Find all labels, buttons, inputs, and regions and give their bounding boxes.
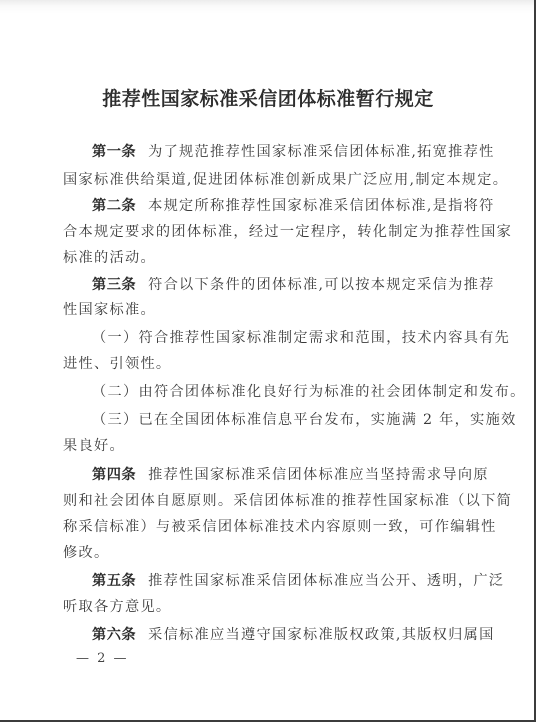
article-3-line-1: 第三条符合以下条件的团体标准,可以按本规定采信为推荐	[63, 275, 502, 295]
item-3-line-2: 果良好。	[63, 436, 473, 456]
article-4-line-3: 称采信标准）与被采信团体标准技术内容原则一致，可作编辑性	[63, 517, 473, 537]
article-6-line-1: 第六条采信标准应当遵守国家标准版权政策,其版权归属国	[63, 625, 502, 645]
article-4-line-1: 第四条推荐性国家标准采信团体标准应当坚持需求导向原	[63, 465, 502, 485]
article-2-label: 第二条	[92, 198, 136, 214]
article-5-line-2: 听取各方意见。	[63, 597, 473, 617]
article-text: 符合以下条件的团体标准,可以按本规定采信为推荐	[148, 277, 495, 293]
article-5-line-1: 第五条推荐性国家标准采信团体标准应当公开、透明，广泛	[63, 571, 502, 591]
article-2-line-1: 第二条本规定所称推荐性国家标准采信团体标准,是指将符	[63, 196, 502, 216]
article-4-line-4: 修改。	[63, 543, 473, 563]
document-page: 推荐性国家标准采信团体标准暂行规定 第一条为了规范推荐性国家标准采信团体标准,拓…	[0, 0, 536, 722]
article-3-label: 第三条	[92, 277, 136, 293]
article-1-line-1: 第一条为了规范推荐性国家标准采信团体标准,拓宽推荐性	[63, 142, 502, 162]
item-3-line-1: （三）已在全国团体标准信息平台发布，实施满 2 年，实施效	[63, 410, 502, 430]
document-title: 推荐性国家标准采信团体标准暂行规定	[0, 84, 536, 111]
article-3-line-2: 性国家标准。	[63, 300, 473, 320]
item-2-line-1: （二）由符合团体标准化良好行为标准的社会团体制定和发布。	[63, 382, 502, 402]
article-4-line-2: 则和社会团体自愿原则。采信团体标准的推荐性国家标准（以下简	[63, 491, 473, 511]
article-text: 本规定所称推荐性国家标准采信团体标准,是指将符	[148, 198, 495, 214]
article-4-label: 第四条	[92, 467, 136, 483]
article-5-label: 第五条	[92, 573, 136, 589]
article-2-line-2: 合本规定要求的团体标准，经过一定程序，转化制定为推荐性国家	[63, 222, 473, 242]
article-text: 采信标准应当遵守国家标准版权政策,其版权归属国	[148, 627, 495, 643]
item-1-line-2: 进性、引领性。	[63, 354, 473, 374]
article-text: 为了规范推荐性国家标准采信团体标准,拓宽推荐性	[148, 144, 495, 160]
item-1-line-1: （一）符合推荐性国家标准制定需求和范围，技术内容具有先	[63, 328, 502, 348]
article-text: 推荐性国家标准采信团体标准应当公开、透明，广泛	[148, 573, 504, 589]
article-6-label: 第六条	[92, 627, 136, 643]
page-number: — 2 —	[76, 651, 129, 666]
article-2-line-3: 标准的活动。	[63, 248, 473, 268]
article-1-line-2: 国家标准供给渠道,促进团体标准创新成果广泛应用,制定本规定。	[63, 170, 473, 190]
article-text: 推荐性国家标准采信团体标准应当坚持需求导向原	[148, 467, 489, 483]
article-1-label: 第一条	[92, 144, 136, 160]
